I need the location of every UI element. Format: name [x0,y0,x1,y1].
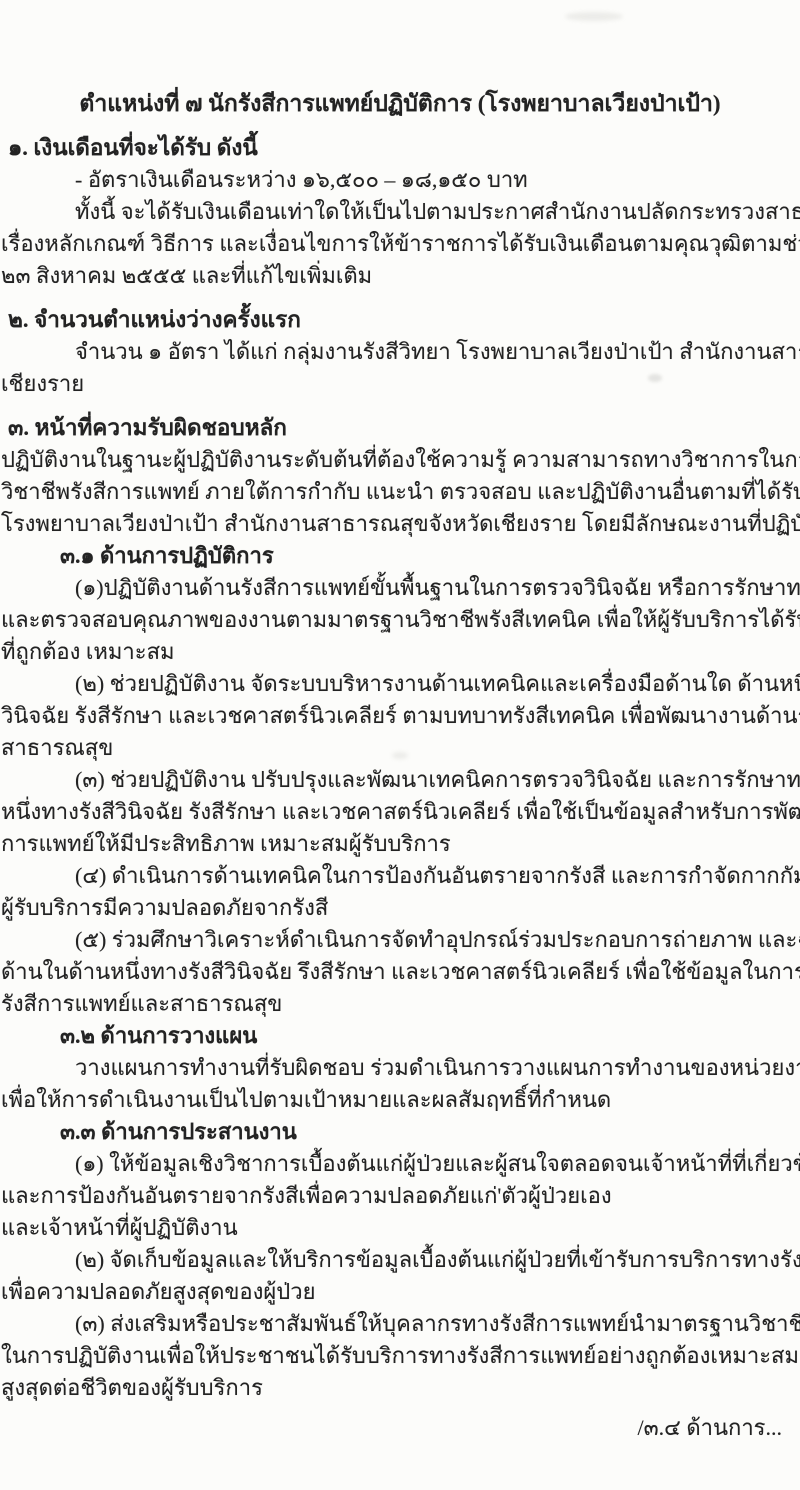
document-line: จำนวน ๑ อัตรา ได้แก่ กลุ่มงานรังสีวิทยา … [75,336,800,368]
document-line: ๓.๒ ด้านการวางแผน [60,1020,800,1052]
document-line: ทั้งนี้ จะได้รับเงินเดือนเท่าใดให้เป็นไป… [75,196,800,228]
document-body: ๑. เงินเดือนที่จะได้รับ ดังนี้- อัตราเงิ… [0,132,800,1404]
document-flow: ตำแหน่งที่ ๗ นักรังสีการแพทย์ปฏิบัติการ … [0,0,800,1444]
document-line: ๒๓ สิงหาคม ๒๕๕๕ และที่แก้ไขเพิ่มเติม [1,260,800,292]
document-page: ตำแหน่งที่ ๗ นักรังสีการแพทย์ปฏิบัติการ … [0,0,800,1490]
document-line: สาธารณสุข [1,732,800,764]
document-line: เรื่องหลักเกณฑ์ วิธีการ และเงื่อนไขการให… [1,228,800,260]
document-line: และการป้องกันอันตรายจากรังสีเพื่อความปลอ… [1,1180,800,1212]
document-line: ๒. จำนวนตำแหน่งว่างครั้งแรก [8,304,800,336]
document-title: ตำแหน่งที่ ๗ นักรังสีการแพทย์ปฏิบัติการ … [0,88,800,120]
document-line: หนึ่งทางรังสีวินิจฉัย รังสีรักษา และเวชค… [1,796,800,828]
document-line: (๓) ช่วยปฏิบัติงาน ปรับปรุงและพัฒนาเทคนิ… [75,764,800,796]
document-line: วิชาชีพรังสีการแพทย์ ภายใต้การกำกับ แนะน… [1,476,800,508]
document-line: ปฏิบัติงานในฐานะผู้ปฏิบัติงานระดับต้นที่… [1,444,800,476]
document-line: (๑) ให้ข้อมูลเชิงวิชาการเบื้องต้นแก่ผู้ป… [75,1148,800,1180]
document-line: (๔) ดำเนินการด้านเทคนิคในการป้องกันอันตร… [75,860,800,892]
document-line: ผู้รับบริการมีความปลอดภัยจากรังสี [1,892,800,924]
document-line: วางแผนการทำงานที่รับผิดชอบ ร่วมดำเนินการ… [75,1052,800,1084]
document-line: ในการปฏิบัติงานเพื่อให้ประชาชนได้รับบริก… [1,1340,800,1372]
document-line: และตรวจสอบคุณภาพของงานตามมาตรฐานวิชาชีพร… [1,604,800,636]
document-line: โรงพยาบาลเวียงป่าเป้า สำนักงานสาธารณสุขจ… [1,508,800,540]
document-line: ที่ถูกต้อง เหมาะสม [1,636,800,668]
document-line: และเจ้าหน้าที่ผู้ปฏิบัติงาน [1,1212,800,1244]
document-line: ๓.๓ ด้านการประสานงาน [60,1116,800,1148]
document-line: เพื่อให้การดำเนินงานเป็นไปตามเป้าหมายและ… [1,1084,800,1116]
page-continuation-mark: /๓.๔ ด้านการ... [0,1412,782,1444]
document-line: ๓. หน้าที่ความรับผิดชอบหลัก [8,412,800,444]
document-line: วินิจฉัย รังสีรักษา และเวชคาสตร์นิวเคลีย… [1,700,800,732]
document-line: การแพทย์ให้มีประสิทธิภาพ เหมาะสมผู้รับบร… [1,828,800,860]
document-line: (๕) ร่วมศึกษาวิเคราะห์ดำเนินการจัดทำอุปก… [75,924,800,956]
document-line: (๒) ช่วยปฏิบัติงาน จัดระบบบริหารงานด้านเ… [75,668,800,700]
document-line: ๑. เงินเดือนที่จะได้รับ ดังนี้ [8,132,800,164]
document-line: รังสีการแพทย์และสาธารณสุข [1,988,800,1020]
document-line: ๓.๑ ด้านการปฏิบัติการ [60,540,800,572]
document-line: - อัตราเงินเดือนระหว่าง ๑๖,๕๐๐ – ๑๘,๑๕๐ … [75,164,800,196]
document-line: เพื่อความปลอดภัยสูงสุดของผู้ป่วย [1,1276,800,1308]
document-line: (๓) ส่งเสริมหรือประชาสัมพันธ์ให้บุคลากรท… [75,1308,800,1340]
document-line: เชียงราย [1,368,800,400]
document-line: ด้านในด้านหนึ่งทางรังสีวินิจฉัย รึงสีรัก… [1,956,800,988]
document-line: สูงสุดต่อชีวิตของผู้รับบริการ [1,1372,800,1404]
document-line: (๒) จัดเก็บข้อมูลและให้บริการข้อมูลเบื้อ… [75,1244,800,1276]
document-line: (๑)ปฏิบัติงานด้านรังสีการแพทย์ขั้นพื้นฐา… [75,572,800,604]
